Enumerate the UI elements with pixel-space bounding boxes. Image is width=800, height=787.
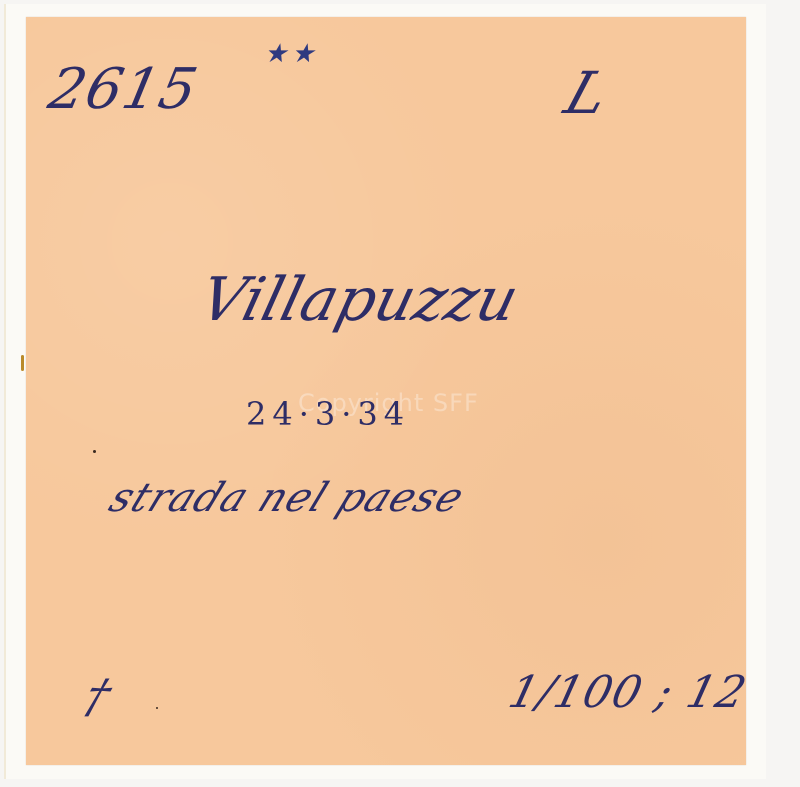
ink-dot bbox=[93, 450, 96, 453]
star-icons: ★★ bbox=[264, 39, 319, 69]
scale-note: 1/100 ; 12 bbox=[504, 667, 752, 718]
description: strada nel paese bbox=[103, 475, 472, 521]
date: 24·3·34 bbox=[246, 395, 410, 433]
archive-card: 2615 ★★ L Villapuzzu Copyright SFF 24·3·… bbox=[26, 17, 746, 765]
corner-mark: L bbox=[557, 59, 619, 127]
ink-dot bbox=[156, 707, 158, 709]
place-name: Villapuzzu bbox=[193, 265, 525, 335]
cross-mark: † bbox=[76, 669, 120, 723]
edge-mark bbox=[21, 355, 24, 371]
catalog-number: 2615 bbox=[43, 57, 203, 122]
